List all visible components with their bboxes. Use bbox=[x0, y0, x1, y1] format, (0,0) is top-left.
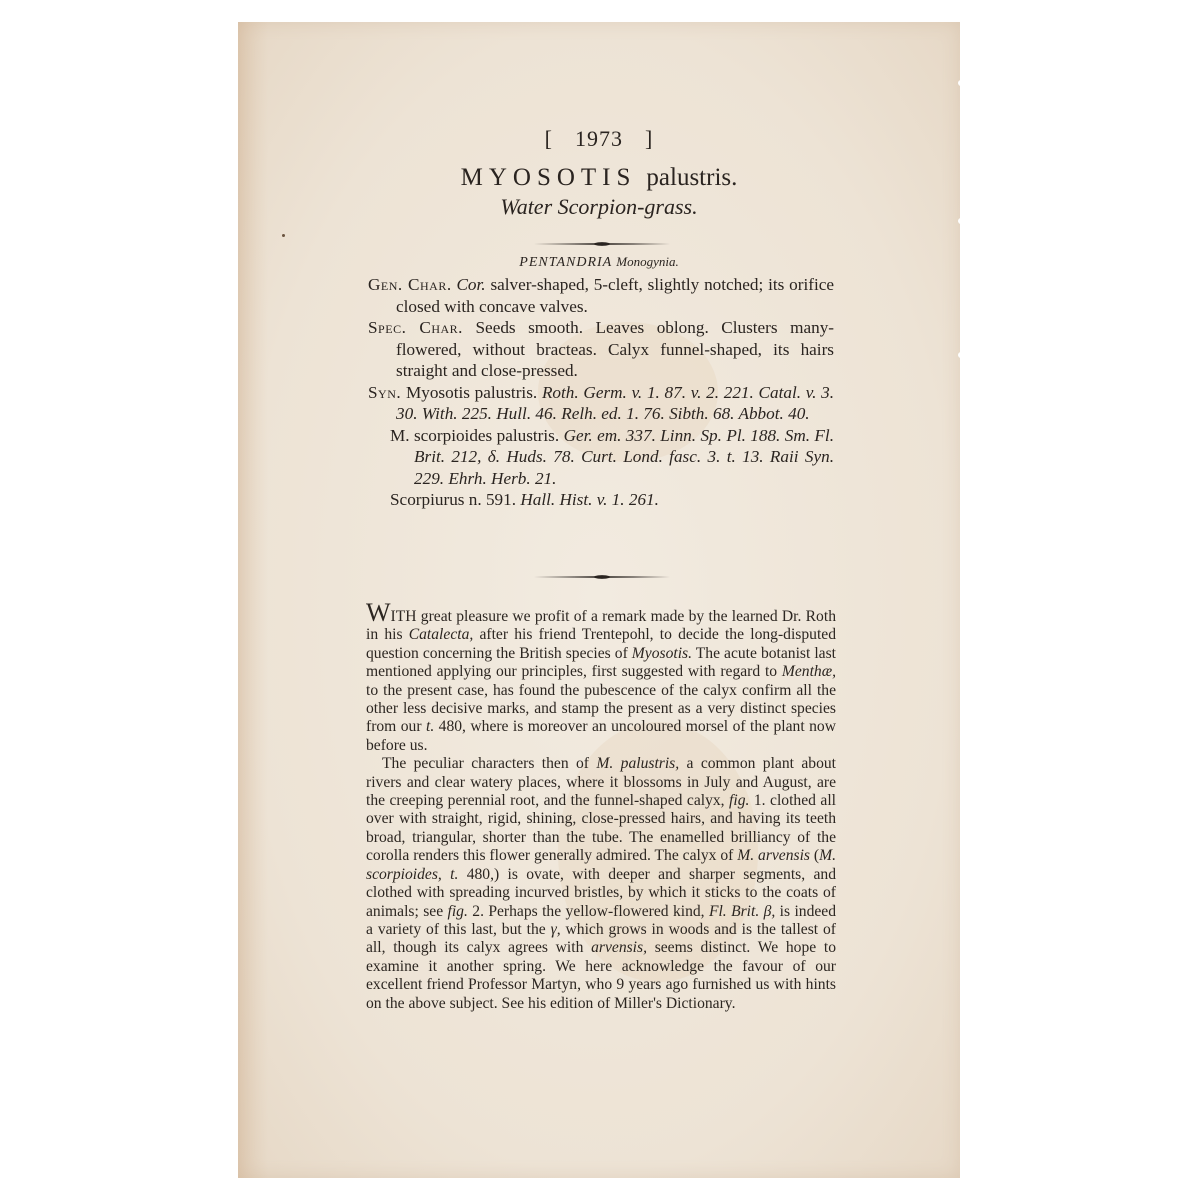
genus-name: MYOSOTIS bbox=[461, 164, 637, 191]
synonym-name: Scorpiurus n. 591. bbox=[390, 490, 516, 509]
italic-run: fig. bbox=[729, 792, 749, 809]
description-text: WITH great pleasure we profit of a remar… bbox=[366, 605, 836, 1013]
italic-run: Fl. Brit. β, bbox=[709, 903, 775, 920]
edge-notch bbox=[958, 80, 964, 86]
species-epithet: palustris. bbox=[646, 164, 737, 191]
specific-character: Spec. Char. Seeds smooth. Leaves oblong.… bbox=[368, 317, 834, 382]
italic-run: Menthæ, bbox=[782, 663, 836, 680]
characters-section: Gen. Char. Cor. salver-shaped, 5-cleft, … bbox=[368, 274, 834, 511]
text-run: 2. Perhaps the yellow-flowered kind, bbox=[468, 903, 709, 920]
plate-number-value: 1973 bbox=[575, 126, 623, 151]
synonym-entry: Scorpiurus n. 591. Hall. Hist. v. 1. 261… bbox=[368, 489, 834, 511]
text-run: ( bbox=[810, 847, 819, 864]
synonym-entry: Syn. Myosotis palustris. Roth. Germ. v. … bbox=[368, 382, 834, 425]
synonym-name: Myosotis palustris. bbox=[406, 383, 537, 402]
text-run: 480, where is moreover an uncoloured mor… bbox=[366, 718, 836, 753]
italic-run: γ, bbox=[551, 921, 561, 938]
bracket-open: [ bbox=[545, 126, 553, 152]
bracket-close: ] bbox=[645, 126, 653, 152]
drop-cap: W bbox=[366, 598, 391, 627]
ornamental-rule bbox=[534, 574, 670, 577]
gen-char-abbr: Cor. bbox=[456, 275, 485, 294]
edge-notch bbox=[958, 352, 964, 358]
ornamental-rule bbox=[534, 241, 670, 244]
italic-run: M. arvensis bbox=[737, 847, 810, 864]
text-run: The peculiar characters then of bbox=[382, 755, 596, 772]
paragraph-1: WITH great pleasure we profit of a remar… bbox=[366, 605, 836, 755]
synonym-entry: M. scorpioides palustris. Ger. em. 337. … bbox=[368, 425, 834, 490]
italic-run: t. bbox=[426, 718, 434, 735]
italic-run: M. palustris, bbox=[596, 755, 679, 772]
italic-run: Catalecta, bbox=[409, 626, 474, 643]
generic-character: Gen. Char. Cor. salver-shaped, 5-cleft, … bbox=[368, 274, 834, 317]
synonym-name: M. scorpioides palustris. bbox=[390, 426, 559, 445]
synonym-refs: Hall. Hist. v. 1. 261. bbox=[520, 490, 659, 509]
order-name: Monogynia. bbox=[616, 254, 678, 269]
italic-run: Myosotis. bbox=[632, 645, 692, 662]
book-page: [1973] MYOSOTISpalustris. Water Scorpion… bbox=[238, 22, 960, 1178]
plate-number: [1973] bbox=[238, 126, 960, 152]
italic-run: arvensis, bbox=[591, 939, 647, 956]
species-title: MYOSOTISpalustris. bbox=[238, 164, 960, 192]
syn-label: Syn. bbox=[368, 383, 401, 402]
class-name: PENTANDRIA bbox=[519, 255, 612, 270]
spec-char-label: Spec. Char. bbox=[368, 318, 463, 337]
common-name: Water Scorpion-grass. bbox=[238, 194, 960, 220]
italic-run: fig. bbox=[448, 903, 468, 920]
paragraph-2: The peculiar characters then of M. palus… bbox=[366, 755, 836, 1013]
gen-char-label: Gen. Char. bbox=[368, 275, 452, 294]
paper-speck bbox=[282, 234, 285, 237]
linnaean-classification: PENTANDRIAMonogynia. bbox=[238, 254, 960, 271]
